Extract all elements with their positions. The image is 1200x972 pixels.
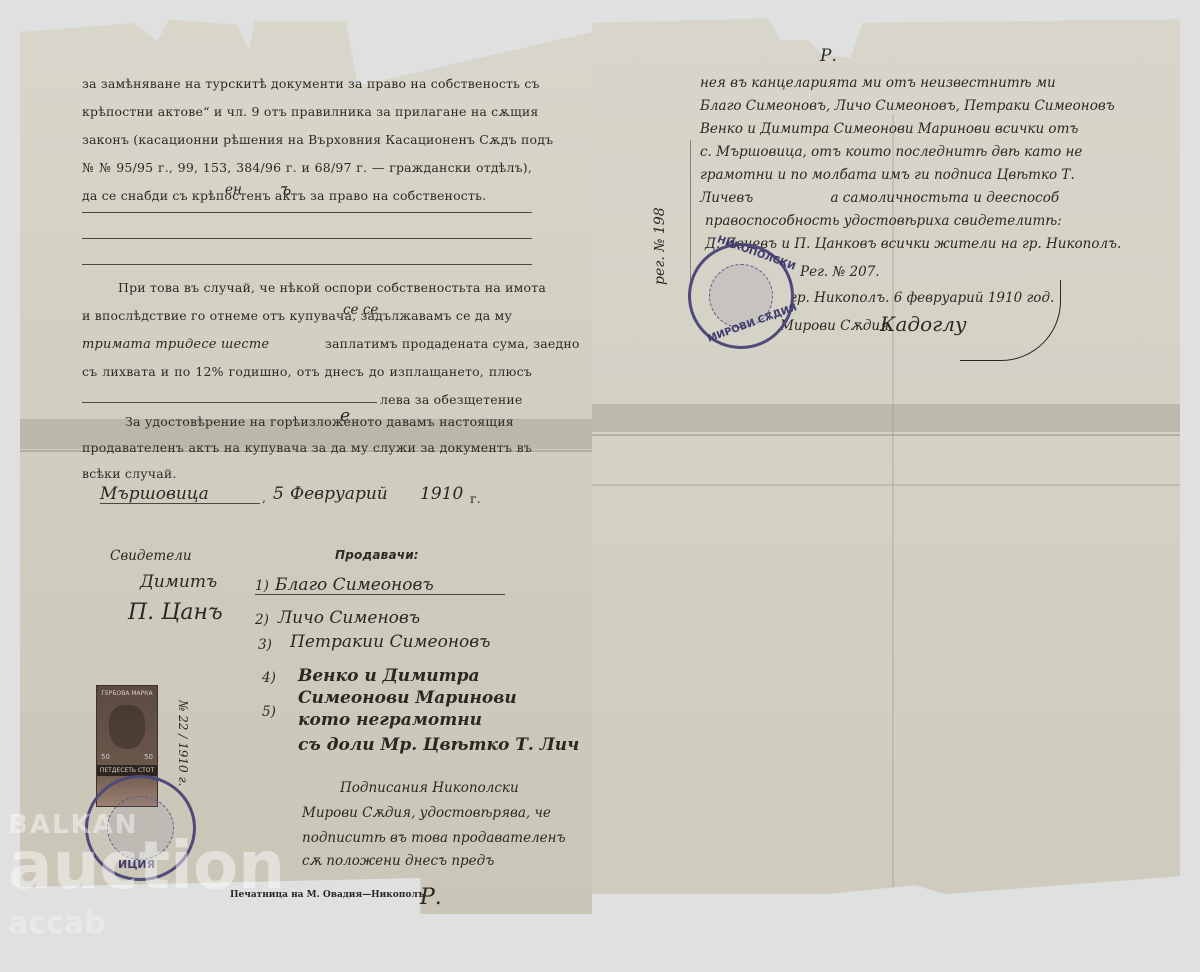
fold-line <box>592 484 1180 486</box>
seller-name: Благо Симеоновъ <box>275 575 434 595</box>
date-suffix: г. <box>470 491 481 506</box>
revenue-stamp-value-text: ПЕТДЕСЕТЬ СТОТ <box>97 765 157 776</box>
printed-line: всѣки случай. <box>82 466 177 481</box>
handwritten-line: Венко и Димитра Симеонови Маринови всичк… <box>700 121 1078 137</box>
seal-center <box>107 796 174 860</box>
handwritten-line: грамотни и по молбата имъ ги подписа Цвѣ… <box>700 167 1075 183</box>
vertical-note: № 22 / 1910 г. <box>176 700 190 786</box>
date-month: Февруарий <box>290 484 388 504</box>
printer-imprint: Печатница на М. Овадия—Никополъ <box>230 890 425 900</box>
date-year: 1910 <box>420 484 463 504</box>
seal-text: ИЦИЯ <box>118 858 155 871</box>
seller-note: кото неграмотни <box>298 710 482 730</box>
handwritten-amount: тримата тридесе шесте <box>82 337 269 352</box>
date-day: 5 <box>273 484 284 504</box>
witness-signature: Димитъ <box>140 572 217 592</box>
signature-line <box>255 594 505 595</box>
printed-line: При това въ случай, че нѣкой оспори собс… <box>118 280 532 295</box>
printed-line: тримата тридесе шесте <box>82 336 269 352</box>
printed-line: законъ (касационни рѣшения на Върховния … <box>82 132 532 147</box>
margin-note: рег. № 198 <box>652 207 668 285</box>
seller-name: Венко и Димитра <box>298 666 480 686</box>
seller-number: 2) <box>255 612 269 628</box>
signature-label: Мирови Сѫдия <box>780 318 889 334</box>
watermark-line: accab <box>8 906 285 941</box>
printed-line: крѣпостни актове“ и чл. 9 отъ правилника… <box>82 104 532 119</box>
revenue-stamp-values: 50 50 <box>97 753 157 761</box>
seller-name: Симеонови Маринови <box>298 688 517 708</box>
margin-rule <box>690 140 691 290</box>
certification-line: сѫ положени днесъ предъ <box>302 853 494 869</box>
seller-name: Петракии Симеоновъ <box>290 632 490 652</box>
blank-line <box>82 264 532 265</box>
blank-line <box>82 402 377 403</box>
blank-line <box>100 503 260 504</box>
fold-line-vertical <box>892 114 894 894</box>
printed-line: съ лихвата и по 12% годишно, отъ днесъ д… <box>82 364 532 379</box>
handwritten-line: правоспособность удостовѣриха свидетелит… <box>705 213 1062 229</box>
handwritten-fill: ен <box>225 182 242 198</box>
handwritten-line: с. Мършовица, отъ които последнитѣ двѣ к… <box>700 144 1082 160</box>
handwritten-line: Благо Симеоновъ, Личо Симеоновъ, Петраки… <box>700 98 1115 114</box>
printed-line: лева за обезщетение <box>380 392 523 407</box>
certification-line: Подписания Никополски <box>340 780 519 796</box>
blank-line <box>82 238 532 239</box>
header-mark: Р. <box>820 46 837 66</box>
sellers-heading: Продавачи: <box>335 548 419 562</box>
printed-line: и впослѣдствие го отнеме отъ купувача, з… <box>82 308 532 323</box>
printed-fragment: и впослѣдствие го отнеме отъ купувача, з… <box>82 308 512 323</box>
revenue-stamp-header: ГЕРБОВА МАРКА <box>97 690 157 697</box>
handwritten-line: Личевъ а самоличностьта и дееспособ <box>700 190 1059 206</box>
registration-number: Рег. № 207. <box>800 264 880 280</box>
handwritten-fill: се се <box>343 302 378 318</box>
seller-note: съ доли Мр. Цвѣтко Т. Лич <box>298 735 579 755</box>
printed-line: за замѣняване на турскитѣ документи за п… <box>82 76 532 91</box>
handwritten-fill: ъ <box>280 180 291 200</box>
comma: , <box>262 490 266 505</box>
certification-line: Мирови Сѫдия, удостовѣрява, че <box>302 805 551 821</box>
printed-line: За удостовѣрение на горѣизложеното давам… <box>125 414 532 429</box>
seller-number: 5) <box>262 704 276 720</box>
handwritten-line: нея въ канцеларията ми отъ неизвестнитѣ … <box>700 75 1056 91</box>
fold-line <box>592 434 1180 436</box>
printed-line: продавателенъ актъ на купувача за да му … <box>82 440 532 455</box>
seller-name: Личо Сименовъ <box>278 608 420 628</box>
seller-number: 4) <box>262 670 276 686</box>
seller-number: 1) <box>255 578 269 594</box>
seller-number: 3) <box>258 637 272 653</box>
printed-line: № № 95/95 г., 99, 153, 384/96 г. и 68/97… <box>82 160 532 175</box>
witnesses-label: Свидетели <box>110 548 192 564</box>
judge-signature: Кадоглу <box>880 312 967 336</box>
handwritten-fill: е <box>340 406 350 426</box>
date-place: Мършовица <box>100 484 209 504</box>
fold-shadow <box>592 404 1180 432</box>
printed-line: заплатимъ продадената сума, заедно <box>325 336 580 351</box>
certification-line: подписитѣ въ това продавателенъ <box>302 830 566 846</box>
coat-of-arms-icon <box>109 705 145 749</box>
witness-signature: П. Цанъ <box>128 600 223 625</box>
blank-line <box>82 212 532 213</box>
